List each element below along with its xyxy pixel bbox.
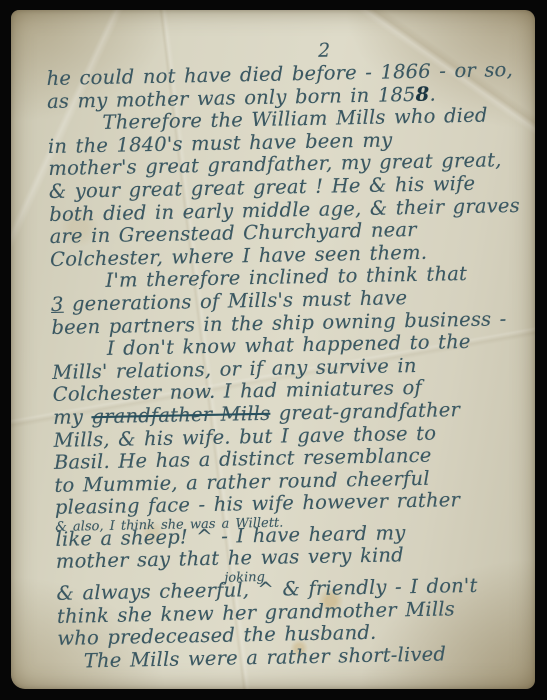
line-text: . [429,82,436,105]
bold-text: 8 [415,82,429,105]
line-text: my [53,405,92,429]
handwritten-text: 2 he could not have died before - 1866 -… [46,35,547,674]
underline-text: 3 [51,293,64,316]
photo-frame: 2 he could not have died before - 1866 -… [0,0,547,700]
manuscript-lines: he could not have died before - 1866 - o… [46,59,547,674]
letter-page: 2 he could not have died before - 1866 -… [11,10,535,689]
